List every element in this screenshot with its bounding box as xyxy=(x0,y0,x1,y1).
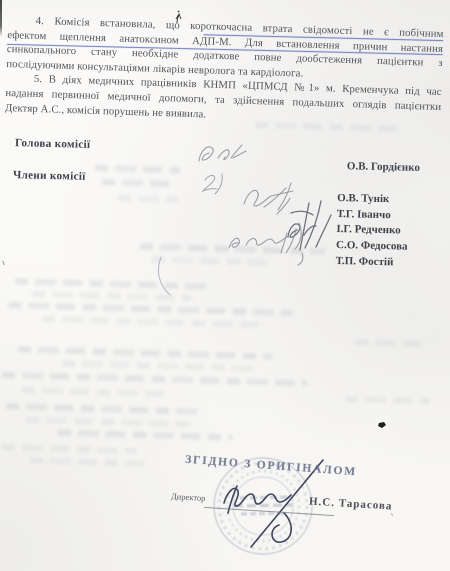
bleed-through-text xyxy=(26,417,191,428)
bleed-through-text xyxy=(102,179,172,187)
bleed-through-text xyxy=(15,278,210,289)
copy-certification-text: ЗГІДНО З ОРИГІНАЛОМ xyxy=(185,454,357,479)
bleed-through-text xyxy=(30,457,145,466)
member-name: Т.П. Фостій xyxy=(336,254,446,272)
director-label: Директор xyxy=(171,491,206,503)
bleed-through-text xyxy=(118,195,178,203)
ink-speck xyxy=(3,261,4,265)
bleed-through-text xyxy=(95,165,180,173)
signature-mark xyxy=(203,174,222,194)
bleed-through-text xyxy=(345,396,430,404)
member-list: О.В. Тунік Т.Г. Іванчо І.Г. Редченко С.О… xyxy=(336,191,448,272)
bleed-through-text xyxy=(8,302,293,316)
bleed-through-text xyxy=(32,291,192,301)
ink-speck xyxy=(391,513,393,516)
bleed-through-text xyxy=(152,256,267,265)
commission-names: О.В. Гордієнко О.В. Тунік Т.Г. Іванчо І.… xyxy=(336,160,448,272)
signature-member-2 xyxy=(288,201,331,250)
signature-member-1 xyxy=(244,183,293,214)
signature-line xyxy=(204,507,334,516)
chair-name: О.В. Гордієнко xyxy=(347,160,448,174)
bleed-through-text xyxy=(355,339,425,347)
ink-speck xyxy=(378,422,386,428)
scanned-document-page: 4. Комісія встановила, що короткочасна в… xyxy=(0,0,450,571)
signature-chair xyxy=(199,145,246,161)
bleed-through-text xyxy=(2,444,137,454)
bleed-through-text xyxy=(2,372,307,387)
bleed-through-text xyxy=(62,360,257,371)
bleed-through-text xyxy=(18,346,273,359)
director-name: Н.С. Тарасова xyxy=(309,496,393,513)
report-paragraph: 4. Комісія встановила, що короткочасна в… xyxy=(5,13,444,129)
chair-label: Голова комісії xyxy=(15,137,91,151)
bleed-through-text xyxy=(140,243,325,254)
bleed-through-text xyxy=(22,387,167,397)
bleed-through-text xyxy=(6,403,201,414)
members-label: Члени комісії xyxy=(13,169,86,183)
bleed-through-text xyxy=(42,316,267,328)
scan-edge-artifact xyxy=(0,0,2,37)
bleed-through-text xyxy=(58,430,233,441)
